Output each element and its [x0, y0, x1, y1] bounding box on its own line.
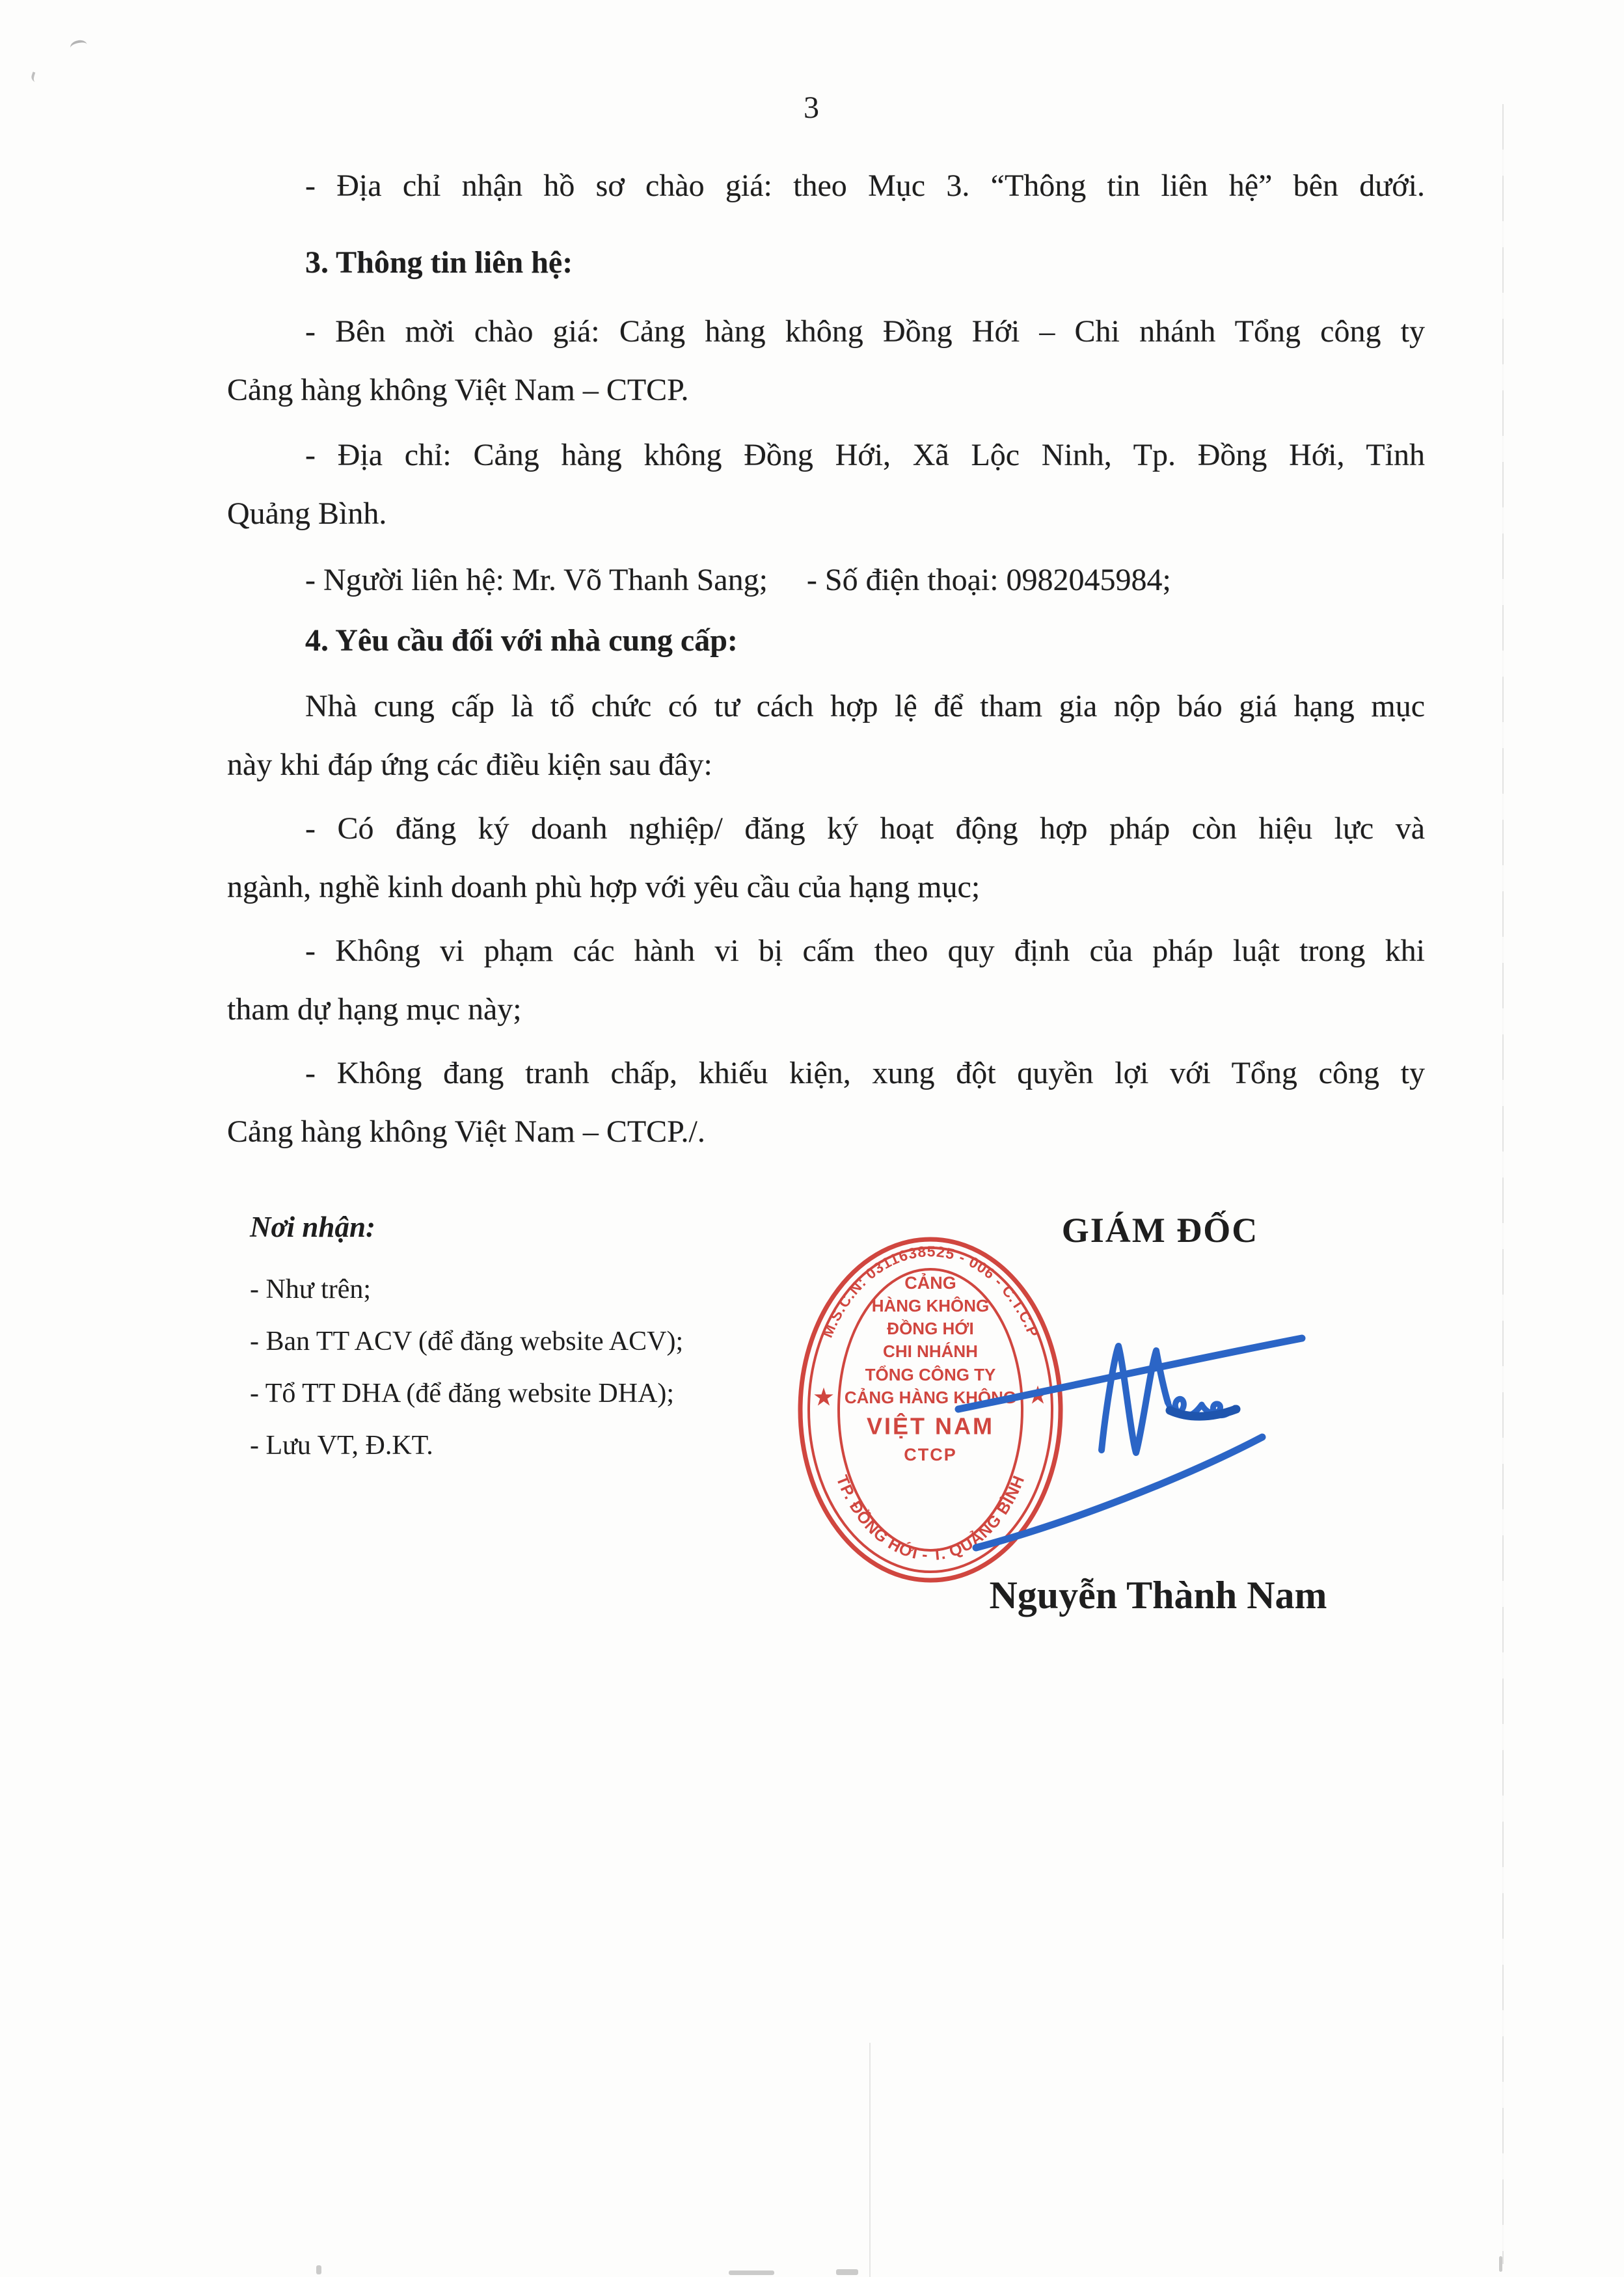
body-line: Nhà cung cấp là tổ chức có tư cách hợp l… [227, 687, 1425, 726]
signer-name: Nguyễn Thành Nam [963, 1573, 1353, 1618]
recipient-item: - Lưu VT, Đ.KT. [250, 1420, 835, 1472]
body-line: 3. Thông tin liên hệ: [227, 243, 1425, 282]
recipients-list: - Như trên;- Ban TT ACV (để đăng website… [250, 1263, 835, 1472]
body-line: - Không đang tranh chấp, khiếu kiện, xun… [227, 1054, 1425, 1093]
seal-star-left: ★ [814, 1385, 833, 1410]
scan-artifact [1499, 2256, 1502, 2272]
scan-artifact [69, 38, 88, 53]
scan-artifact [1502, 104, 1504, 2264]
scan-artifact [836, 2269, 858, 2275]
scan-artifact [316, 2265, 321, 2274]
body-line: tham dự hạng mục này; [227, 990, 1425, 1029]
recipient-item: - Tổ TT DHA (để đăng website DHA); [250, 1368, 835, 1420]
scan-artifact [869, 2043, 871, 2277]
body-line: - Không vi phạm các hành vi bị cấm theo … [227, 932, 1425, 971]
body-line: - Có đăng ký doanh nghiệp/ đăng ký hoạt … [227, 809, 1425, 848]
page-number: 3 [779, 90, 844, 126]
body-line: Cảng hàng không Việt Nam – CTCP. [227, 371, 1425, 410]
scan-artifact [30, 72, 42, 83]
document-page: 3 - Địa chỉ nhận hồ sơ chào giá: theo Mụ… [0, 0, 1624, 2277]
body-line: 4. Yêu cầu đối với nhà cung cấp: [227, 621, 1425, 660]
body-line: này khi đáp ứng các điều kiện sau đây: [227, 746, 1425, 785]
recipient-item: - Ban TT ACV (để đăng website ACV); [250, 1315, 835, 1368]
recipients-heading: Nơi nhận: [250, 1209, 835, 1245]
recipients-block: Nơi nhận: - Như trên;- Ban TT ACV (để đă… [250, 1209, 835, 1472]
recipient-item: - Như trên; [250, 1263, 835, 1315]
scan-artifact [729, 2270, 774, 2275]
body-line: - Người liên hệ: Mr. Võ Thanh Sang; - Số… [227, 561, 1425, 600]
body-line: ngành, nghề kinh doanh phù hợp với yêu c… [227, 868, 1425, 907]
signature-ink [911, 1314, 1340, 1594]
body-line: - Bên mời chào giá: Cảng hàng không Đồng… [227, 312, 1425, 351]
body-line: Cảng hàng không Việt Nam – CTCP./. [227, 1112, 1425, 1152]
body-line: - Địa chỉ nhận hồ sơ chào giá: theo Mục … [227, 167, 1425, 206]
seal-line: HÀNG KHÔNG [872, 1296, 990, 1315]
body-line: - Địa chỉ: Cảng hàng không Đồng Hới, Xã … [227, 436, 1425, 475]
body-line: Quảng Bình. [227, 494, 1425, 533]
seal-line: CẢNG [904, 1272, 956, 1293]
